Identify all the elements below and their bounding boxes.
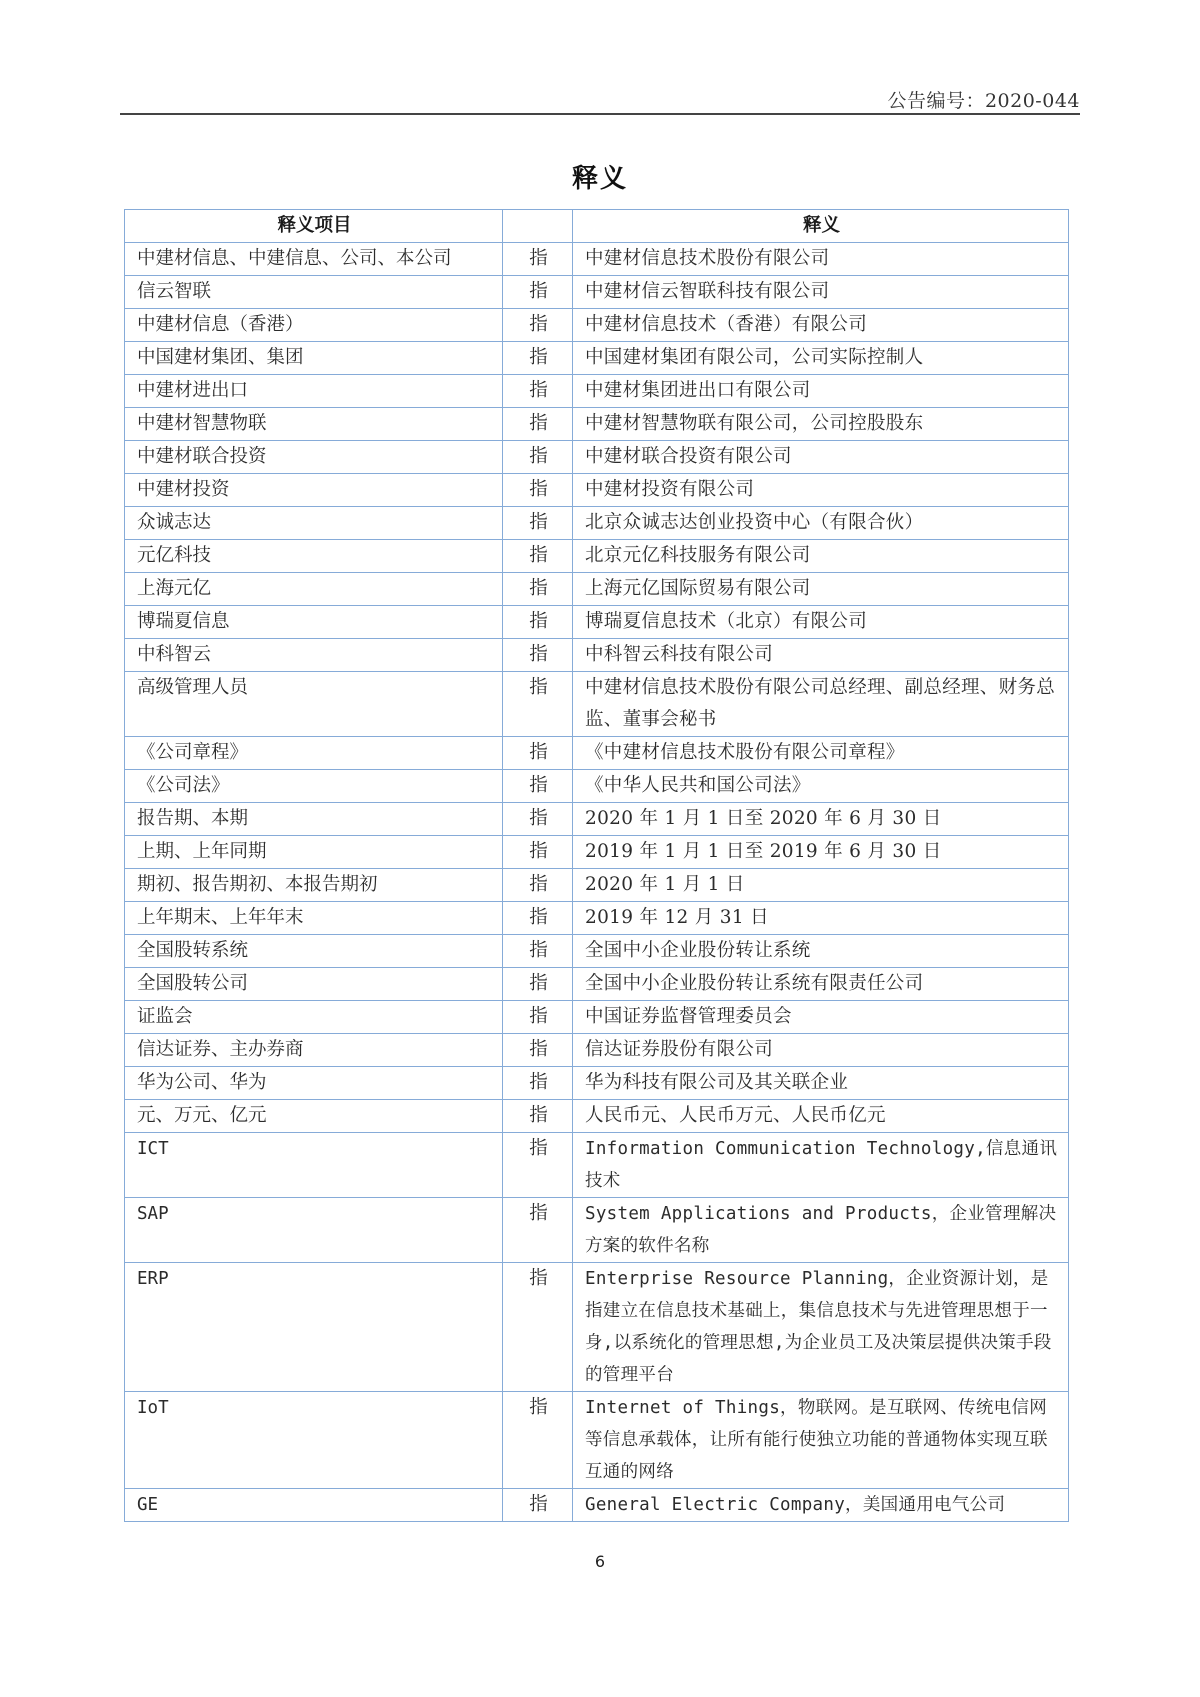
table-body: 中建材信息、中建信息、公司、本公司指中建材信息技术股份有限公司信云智联指中建材信… [125,243,1069,1522]
term-cell: 中科智云 [125,639,503,672]
table-row: ERP指Enterprise Resource Planning，企业资源计划，… [125,1263,1069,1392]
definitions-table: 释义项目 释义 中建材信息、中建信息、公司、本公司指中建材信息技术股份有限公司信… [124,209,1069,1522]
table-row: 证监会指中国证券监督管理委员会 [125,1001,1069,1034]
term-cell: 高级管理人员 [125,672,503,737]
definition-cell: 中建材集团进出口有限公司 [573,375,1069,408]
definition-cell: 中建材信息技术股份有限公司总经理、副总经理、财务总监、董事会秘书 [573,672,1069,737]
zhi-cell: 指 [503,1133,573,1198]
definition-cell: 全国中小企业股份转让系统有限责任公司 [573,968,1069,1001]
term-cell: 中建材投资 [125,474,503,507]
definition-cell: 北京元亿科技服务有限公司 [573,540,1069,573]
zhi-cell: 指 [503,935,573,968]
definition-cell: 2019 年 12 月 31 日 [573,902,1069,935]
definition-cell: 中建材联合投资有限公司 [573,441,1069,474]
table-row: 全国股转系统指全国中小企业股份转让系统 [125,935,1069,968]
term-cell: 中建材信息、中建信息、公司、本公司 [125,243,503,276]
zhi-cell: 指 [503,770,573,803]
zhi-cell: 指 [503,1198,573,1263]
table-row: 中建材信息、中建信息、公司、本公司指中建材信息技术股份有限公司 [125,243,1069,276]
zhi-cell: 指 [503,1263,573,1392]
definition-cell: 华为科技有限公司及其关联企业 [573,1067,1069,1100]
term-cell: 中建材进出口 [125,375,503,408]
header-divider [120,113,1080,115]
term-cell: 《公司法》 [125,770,503,803]
table-row: 信达证券、主办券商指信达证券股份有限公司 [125,1034,1069,1067]
zhi-cell: 指 [503,1392,573,1489]
term-cell: 中国建材集团、集团 [125,342,503,375]
zhi-cell: 指 [503,375,573,408]
table-row: 报告期、本期指2020 年 1 月 1 日至 2020 年 6 月 30 日 [125,803,1069,836]
table-row: 博瑞夏信息指博瑞夏信息技术（北京）有限公司 [125,606,1069,639]
table-row: 元亿科技指北京元亿科技服务有限公司 [125,540,1069,573]
definition-cell: 上海元亿国际贸易有限公司 [573,573,1069,606]
definition-cell: 2020 年 1 月 1 日 [573,869,1069,902]
table-row: 中建材联合投资指中建材联合投资有限公司 [125,441,1069,474]
definition-cell: 博瑞夏信息技术（北京）有限公司 [573,606,1069,639]
zhi-cell: 指 [503,836,573,869]
column-header-zhi [503,210,573,243]
term-cell: 上期、上年同期 [125,836,503,869]
table-row: ICT指Information Communication Technology… [125,1133,1069,1198]
definition-cell: 《中华人民共和国公司法》 [573,770,1069,803]
term-cell: 报告期、本期 [125,803,503,836]
definition-cell: 中建材信息技术（香港）有限公司 [573,309,1069,342]
zhi-cell: 指 [503,869,573,902]
definition-cell: Internet of Things，物联网。是互联网、传统电信网等信息承载体，… [573,1392,1069,1489]
term-cell: 上年期末、上年年末 [125,902,503,935]
definition-cell: 全国中小企业股份转让系统 [573,935,1069,968]
definition-cell: Enterprise Resource Planning，企业资源计划，是指建立… [573,1263,1069,1392]
term-cell: 中建材智慧物联 [125,408,503,441]
zhi-cell: 指 [503,1034,573,1067]
term-cell: ERP [125,1263,503,1392]
zhi-cell: 指 [503,276,573,309]
column-header-term: 释义项目 [125,210,503,243]
table-row: 《公司章程》指《中建材信息技术股份有限公司章程》 [125,737,1069,770]
table-row: 众诚志达指北京众诚志达创业投资中心（有限合伙） [125,507,1069,540]
table-row: 全国股转公司指全国中小企业股份转让系统有限责任公司 [125,968,1069,1001]
definition-cell: 2019 年 1 月 1 日至 2019 年 6 月 30 日 [573,836,1069,869]
term-cell: 元、万元、亿元 [125,1100,503,1133]
table-row: 《公司法》指《中华人民共和国公司法》 [125,770,1069,803]
term-cell: 中建材联合投资 [125,441,503,474]
zhi-cell: 指 [503,573,573,606]
term-cell: 中建材信息（香港） [125,309,503,342]
table-row: 信云智联指中建材信云智联科技有限公司 [125,276,1069,309]
term-cell: 证监会 [125,1001,503,1034]
definition-cell: 信达证券股份有限公司 [573,1034,1069,1067]
table-row: 元、万元、亿元指人民币元、人民币万元、人民币亿元 [125,1100,1069,1133]
term-cell: 华为公司、华为 [125,1067,503,1100]
term-cell: 众诚志达 [125,507,503,540]
table-row: 中建材投资指中建材投资有限公司 [125,474,1069,507]
table-row: IoT指Internet of Things，物联网。是互联网、传统电信网等信息… [125,1392,1069,1489]
definition-cell: General Electric Company，美国通用电气公司 [573,1489,1069,1522]
definition-cell: 中建材信云智联科技有限公司 [573,276,1069,309]
definition-cell: 北京众诚志达创业投资中心（有限合伙） [573,507,1069,540]
announcement-code: 公告编号：2020-044 [887,86,1080,113]
zhi-cell: 指 [503,441,573,474]
definition-cell: 中国建材集团有限公司，公司实际控制人 [573,342,1069,375]
term-cell: 信云智联 [125,276,503,309]
table-row: 高级管理人员指中建材信息技术股份有限公司总经理、副总经理、财务总监、董事会秘书 [125,672,1069,737]
term-cell: SAP [125,1198,503,1263]
zhi-cell: 指 [503,737,573,770]
term-cell: GE [125,1489,503,1522]
page-number: 6 [0,1552,1200,1571]
table-row: SAP指System Applications and Products，企业管… [125,1198,1069,1263]
zhi-cell: 指 [503,474,573,507]
zhi-cell: 指 [503,1001,573,1034]
term-cell: 元亿科技 [125,540,503,573]
term-cell: 上海元亿 [125,573,503,606]
table-row: 上海元亿指上海元亿国际贸易有限公司 [125,573,1069,606]
zhi-cell: 指 [503,540,573,573]
definition-cell: 中国证券监督管理委员会 [573,1001,1069,1034]
zhi-cell: 指 [503,309,573,342]
definition-cell: 人民币元、人民币万元、人民币亿元 [573,1100,1069,1133]
definition-cell: System Applications and Products，企业管理解决方… [573,1198,1069,1263]
table-row: 期初、报告期初、本报告期初指2020 年 1 月 1 日 [125,869,1069,902]
zhi-cell: 指 [503,968,573,1001]
zhi-cell: 指 [503,1100,573,1133]
zhi-cell: 指 [503,342,573,375]
page-title: 释义 [0,158,1200,195]
definition-cell: 中建材智慧物联有限公司，公司控股股东 [573,408,1069,441]
zhi-cell: 指 [503,672,573,737]
zhi-cell: 指 [503,803,573,836]
table-row: 中科智云指中科智云科技有限公司 [125,639,1069,672]
term-cell: IoT [125,1392,503,1489]
zhi-cell: 指 [503,902,573,935]
term-cell: 信达证券、主办券商 [125,1034,503,1067]
zhi-cell: 指 [503,243,573,276]
definition-cell: 《中建材信息技术股份有限公司章程》 [573,737,1069,770]
table-row: 上年期末、上年年末指2019 年 12 月 31 日 [125,902,1069,935]
zhi-cell: 指 [503,507,573,540]
term-cell: 全国股转系统 [125,935,503,968]
definition-cell: 中科智云科技有限公司 [573,639,1069,672]
zhi-cell: 指 [503,639,573,672]
term-cell: 期初、报告期初、本报告期初 [125,869,503,902]
table-row: 上期、上年同期指2019 年 1 月 1 日至 2019 年 6 月 30 日 [125,836,1069,869]
zhi-cell: 指 [503,408,573,441]
term-cell: 全国股转公司 [125,968,503,1001]
term-cell: ICT [125,1133,503,1198]
zhi-cell: 指 [503,1489,573,1522]
term-cell: 博瑞夏信息 [125,606,503,639]
zhi-cell: 指 [503,606,573,639]
table-row: 华为公司、华为指华为科技有限公司及其关联企业 [125,1067,1069,1100]
definition-cell: 中建材投资有限公司 [573,474,1069,507]
table-row: 中建材智慧物联指中建材智慧物联有限公司，公司控股股东 [125,408,1069,441]
zhi-cell: 指 [503,1067,573,1100]
table-row: GE指General Electric Company，美国通用电气公司 [125,1489,1069,1522]
table-row: 中国建材集团、集团指中国建材集团有限公司，公司实际控制人 [125,342,1069,375]
definition-cell: 中建材信息技术股份有限公司 [573,243,1069,276]
table-row: 中建材进出口指中建材集团进出口有限公司 [125,375,1069,408]
table-row: 中建材信息（香港）指中建材信息技术（香港）有限公司 [125,309,1069,342]
definition-cell: Information Communication Technology,信息通… [573,1133,1069,1198]
definition-cell: 2020 年 1 月 1 日至 2020 年 6 月 30 日 [573,803,1069,836]
column-header-definition: 释义 [573,210,1069,243]
term-cell: 《公司章程》 [125,737,503,770]
table-header-row: 释义项目 释义 [125,210,1069,243]
